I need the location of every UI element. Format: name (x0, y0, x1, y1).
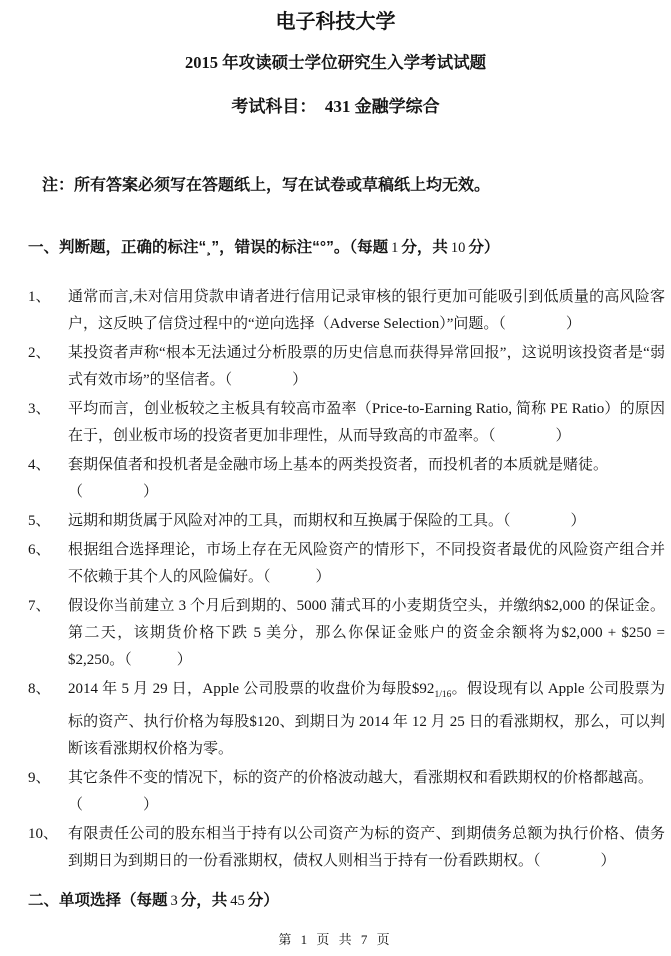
question-item-5: 5、 远期和期货属于风险对冲的工具，而期权和互换属于保险的工具。（ ） (28, 508, 665, 535)
question-number: 1、 (28, 284, 68, 338)
question-number: 3、 (28, 396, 68, 450)
question-item-8: 8、 2014 年 5 月 29 日，Apple 公司股票的收盘价为每股$921… (28, 676, 665, 763)
question-item-7: 7、 假设你当前建立 3 个月后到期的、5000 蒲式耳的小麦期货空头，并缴纳$… (28, 593, 665, 674)
question-text: 其它条件不变的情况下，标的资产的价格波动越大，看涨期权和看跌期权的价格都越高。 … (68, 765, 665, 819)
question-text: 假设你当前建立 3 个月后到期的、5000 蒲式耳的小麦期货空头，并缴纳$2,0… (68, 593, 665, 674)
question-number: 2、 (28, 340, 68, 394)
question-text: 某投资者声称“根本无法通过分析股票的历史信息而获得异常回报”，这说明该投资者是“… (68, 340, 665, 394)
section2-heading-text: 二、单项选择（每题 (28, 892, 168, 909)
fraction-subscript: 1/16 (434, 690, 451, 700)
answer-sheet-notice: 注：所有答案必须写在答题纸上，写在试卷或草稿纸上均无效。 (42, 176, 651, 196)
university-name: 电子科技大学 (0, 0, 671, 33)
question-number: 4、 (28, 452, 68, 506)
question-number: 10、 (28, 821, 68, 875)
judgment-question-list: 1、 通常而言,未对信用贷款申请者进行信用记录审核的银行更加可能吸引到低质量的高… (0, 284, 671, 875)
question-text: 有限责任公司的股东相当于持有以公司资产为标的资产、到期债务总额为执行价格、债务到… (68, 821, 665, 875)
page-number: 第 1 页 共 7 页 (0, 929, 671, 948)
question-text: 根据组合选择理论，市场上存在无风险资产的情形下，不同投资者最优的风险资产组合并不… (68, 537, 665, 591)
question-number: 7、 (28, 593, 68, 674)
exam-paper-page: 电子科技大学 2015 年攻读硕士学位研究生入学考试试题 考试科目： 431 金… (0, 0, 671, 956)
question-number: 8、 (28, 676, 68, 763)
question-item-4: 4、 套期保值者和投机者是金融市场上基本的两类投资者，而投机者的本质就是赌徒。 … (28, 452, 665, 506)
question-number: 6、 (28, 537, 68, 591)
question-text: 远期和期货属于风险对冲的工具，而期权和互换属于保险的工具。（ ） (68, 508, 665, 535)
question-text: 通常而言,未对信用贷款申请者进行信用记录审核的银行更加可能吸引到低质量的高风险客… (68, 284, 665, 338)
exam-title: 2015 年攻读硕士学位研究生入学考试试题 (0, 52, 671, 74)
section1-points-total: 10 (448, 240, 469, 256)
exam-subject: 考试科目： 431 金融学综合 (0, 95, 671, 118)
question-item-9: 9、 其它条件不变的情况下，标的资产的价格波动越大，看涨期权和看跌期权的价格都越… (28, 765, 665, 819)
section1-heading-text: 一、判断题，正确的标注“¸”，错误的标注“°”。（每题 (28, 239, 388, 256)
question-item-10: 10、 有限责任公司的股东相当于持有以公司资产为标的资产、到期债务总额为执行价格… (28, 821, 665, 875)
question-item-1: 1、 通常而言,未对信用贷款申请者进行信用记录审核的银行更加可能吸引到低质量的高… (28, 284, 665, 338)
section1-heading: 一、判断题，正确的标注“¸”，错误的标注“°”。（每题1分，共10分） (28, 237, 655, 259)
question-item-6: 6、 根据组合选择理论，市场上存在无风险资产的情形下，不同投资者最优的风险资产组… (28, 537, 665, 591)
question-text: 套期保值者和投机者是金融市场上基本的两类投资者，而投机者的本质就是赌徒。 （ ） (68, 452, 665, 506)
question-number: 5、 (28, 508, 68, 535)
section2-points-per-question: 3 (168, 893, 181, 909)
section2-points-total: 45 (227, 893, 248, 909)
question-text: 平均而言，创业板较之主板具有较高市盈率（Price-to-Earning Rat… (68, 396, 665, 450)
question-item-2: 2、 某投资者声称“根本无法通过分析股票的历史信息而获得异常回报”，这说明该投资… (28, 340, 665, 394)
section1-points-per-question: 1 (388, 240, 401, 256)
question-text: 2014 年 5 月 29 日，Apple 公司股票的收盘价为每股$921/16… (68, 676, 665, 763)
section2-heading: 二、单项选择（每题3分，共45分） (28, 890, 655, 912)
question-number: 9、 (28, 765, 68, 819)
question-item-3: 3、 平均而言，创业板较之主板具有较高市盈率（Price-to-Earning … (28, 396, 665, 450)
